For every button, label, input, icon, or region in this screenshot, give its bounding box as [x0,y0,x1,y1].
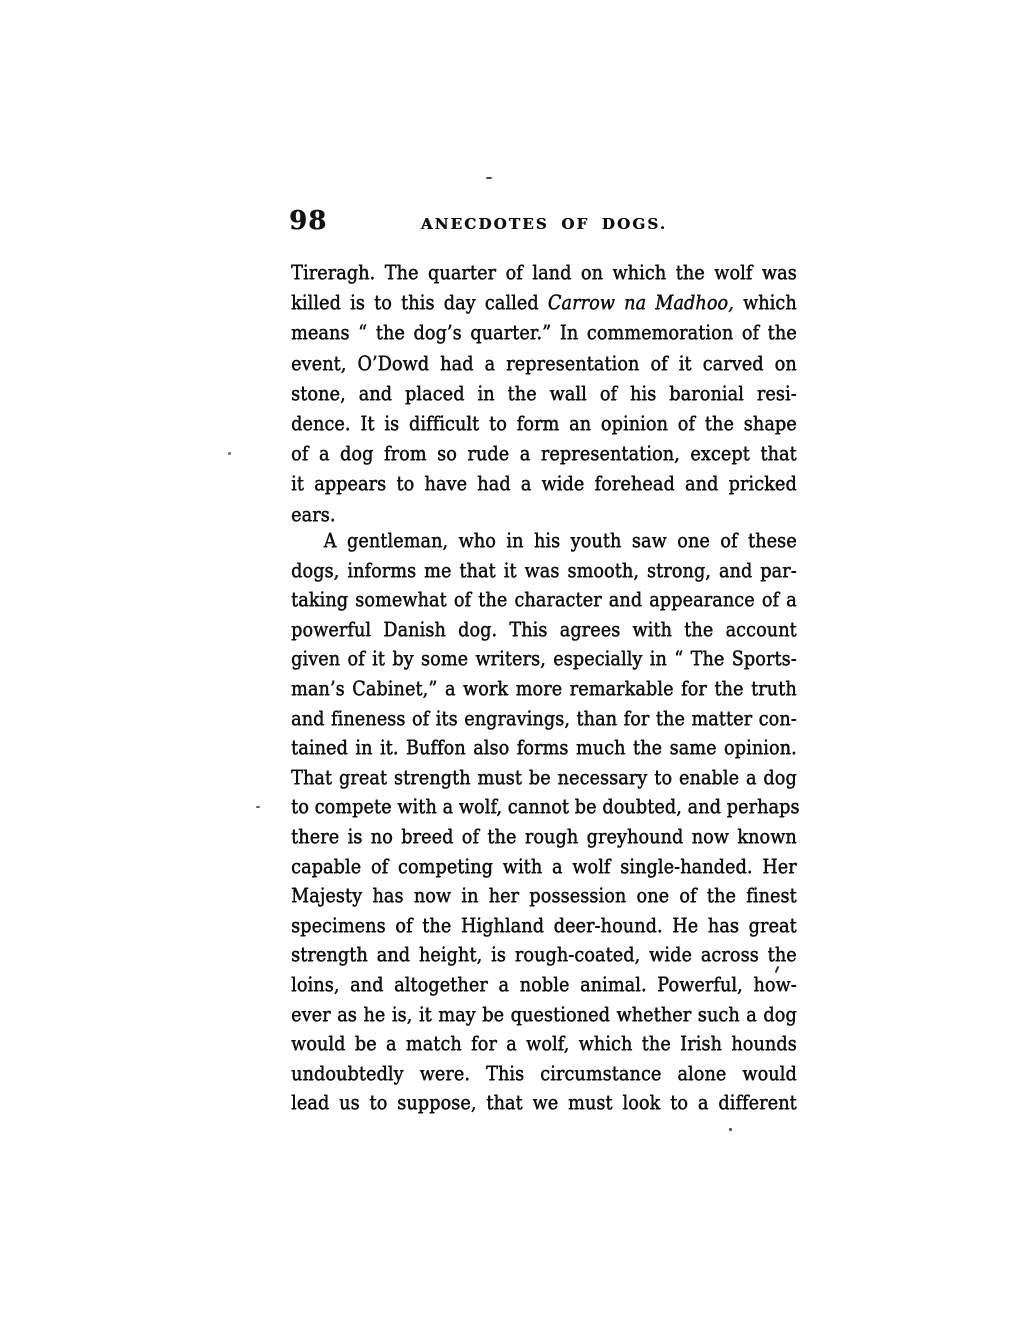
paragraph: A gentleman, who in his youth saw one of… [291,526,797,1118]
text-segment: tained in it. Buffon also forms much the… [291,735,797,759]
text-line: killed is to this day called Carrow na M… [291,287,797,317]
text-segment: man’s Cabinet,” a work more remarkable f… [291,676,797,700]
text-segment: That great strength must be necessary to… [291,765,797,789]
text-line: powerful Danish dog. This agrees with th… [291,615,797,645]
text-segment: there is no breed of the rough greyhound… [291,824,797,848]
text-segment: to compete with a wolf, cannot be doubte… [291,794,800,818]
text-segment: it appears to have had a wide forehead a… [291,471,797,495]
text-line: tained in it. Buffon also forms much the… [291,733,797,763]
text-segment: killed is to this day called [291,290,548,314]
text-line: loins, and altogether a noble animal. Po… [291,970,797,1000]
text-segment: means “ the dog’s quarter.” In commemora… [291,320,797,344]
scan-speck [729,1128,732,1131]
paragraph: Tireragh. The quarter of land on which t… [291,257,797,529]
text-line: Tireragh. The quarter of land on which t… [291,257,797,287]
text-line: That great strength must be necessary to… [291,763,797,793]
text-segment: event, O’Dowd had a representation of it… [291,351,797,375]
text-line: given of it by some writers, especially … [291,644,797,674]
scan-speck [486,177,492,179]
text-segment: ears. [291,502,335,526]
text-segment: taking somewhat of the character and app… [291,587,797,611]
text-line: dence. It is difficult to form an opinio… [291,408,797,438]
text-segment: A gentleman, who in his youth saw one of… [291,528,797,552]
text-line: to compete with a wolf, cannot be doubte… [291,792,797,822]
scan-speck [228,452,231,455]
italic-phrase: Carrow na Madhoo, [548,290,734,314]
text-line: stone, and placed in the wall of his bar… [291,378,797,408]
text-segment: stone, and placed in the wall of his bar… [291,381,797,405]
text-segment: would be a match for a wolf, which the I… [291,1031,797,1055]
running-title: ANECDOTES OF DOGS. [291,213,797,235]
text-line: would be a match for a wolf, which the I… [291,1029,797,1059]
text-line: A gentleman, who in his youth saw one of… [291,526,797,556]
text-segment: of a dog from so rude a representation, … [291,441,797,465]
text-line: man’s Cabinet,” a work more remarkable f… [291,674,797,704]
text-segment: undoubtedly were. This circumstance alon… [291,1061,797,1085]
text-segment: powerful Danish dog. This agrees with th… [291,617,797,641]
text-segment: and fineness of its engravings, than for… [291,706,797,730]
text-line: there is no breed of the rough greyhound… [291,822,797,852]
text-line: undoubtedly were. This circumstance alon… [291,1059,797,1089]
text-line: specimens of the Highland deer-hound. He… [291,911,797,941]
text-line: ears. [291,499,797,529]
text-segment: given of it by some writers, especially … [291,646,797,670]
text-segment: capable of competing with a wolf single-… [291,854,797,878]
text-segment: lead us to suppose, that we must look to… [291,1090,797,1114]
text-line: strength and height, is rough-coated, wi… [291,940,797,970]
text-line: means “ the dog’s quarter.” In commemora… [291,317,797,347]
text-segment: Majesty has now in her possession one of… [291,883,797,907]
text-segment: loins, and altogether a noble animal. Po… [291,972,797,996]
text-line: it appears to have had a wide forehead a… [291,468,797,498]
text-segment: ever as he is, it may be questioned whet… [291,1002,797,1026]
text-line: taking somewhat of the character and app… [291,585,797,615]
text-line: lead us to suppose, that we must look to… [291,1088,797,1118]
text-line: of a dog from so rude a representation, … [291,438,797,468]
text-line: event, O’Dowd had a representation of it… [291,348,797,378]
text-line: ever as he is, it may be questioned whet… [291,1000,797,1030]
book-page-scan: 98 ANECDOTES OF DOGS. Tireragh. The quar… [0,0,1033,1339]
text-line: Majesty has now in her possession one of… [291,881,797,911]
scan-speck [256,806,260,808]
text-segment: Tireragh. The quarter of land on which t… [291,260,797,284]
text-segment: specimens of the Highland deer-hound. He… [291,913,797,937]
text-segment: strength and height, is rough-coated, wi… [291,942,797,966]
text-line: dogs, informs me that it was smooth, str… [291,556,797,586]
text-segment: which [743,290,797,314]
text-segment: dence. It is difficult to form an opinio… [291,411,797,435]
text-segment: dogs, informs me that it was smooth, str… [291,558,797,582]
text-line: and fineness of its engravings, than for… [291,704,797,734]
text-line: capable of competing with a wolf single-… [291,852,797,882]
